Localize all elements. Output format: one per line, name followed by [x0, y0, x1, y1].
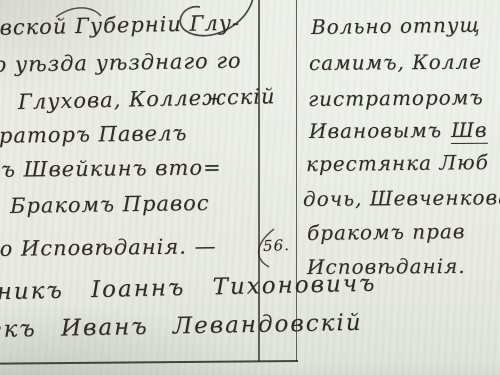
manuscript-line: Глухова, Коллежскій — [18, 84, 276, 114]
manuscript-line: Вольно отпущ — [311, 13, 481, 39]
signature-line: екъ Иванъ Левандовскій — [0, 310, 363, 343]
underlined-name-fragment: Шв — [451, 118, 488, 144]
manuscript-line: бракомъ прав — [307, 219, 466, 245]
manuscript-line: крестянка Люб — [306, 150, 489, 176]
column-divider-line-left — [258, 0, 260, 362]
column-divider-line-right — [296, 0, 297, 362]
manuscript-line: траторъ Павелъ — [0, 121, 188, 148]
record-number: 56. — [263, 236, 290, 255]
manuscript-line: го уѣзда уѣзднаго го — [0, 48, 242, 77]
manuscript-line: овской Губерніи Глу- — [0, 11, 240, 40]
row-bottom-rule — [0, 360, 298, 365]
manuscript-line: овъ Швейкинъ вто= — [0, 155, 222, 182]
manuscript-line: го Исповѣданія. — — [0, 234, 217, 261]
manuscript-line: ИвановымъШв — [309, 118, 488, 143]
manuscript-line: самимъ, Колле — [309, 49, 482, 75]
manuscript-line: Бракомъ Правос — [10, 191, 210, 218]
signature-line: енникъ Іоаннъ Тихоновичъ — [0, 271, 377, 306]
manuscript-line-fragment: Ивановымъ — [309, 118, 442, 143]
manuscript-line: гистраторомъ — [308, 85, 484, 111]
manuscript-page: овской Губерніи Глу- го уѣзда уѣзднаго г… — [0, 0, 500, 375]
manuscript-line: дочь, Шевченкова — [303, 185, 500, 211]
